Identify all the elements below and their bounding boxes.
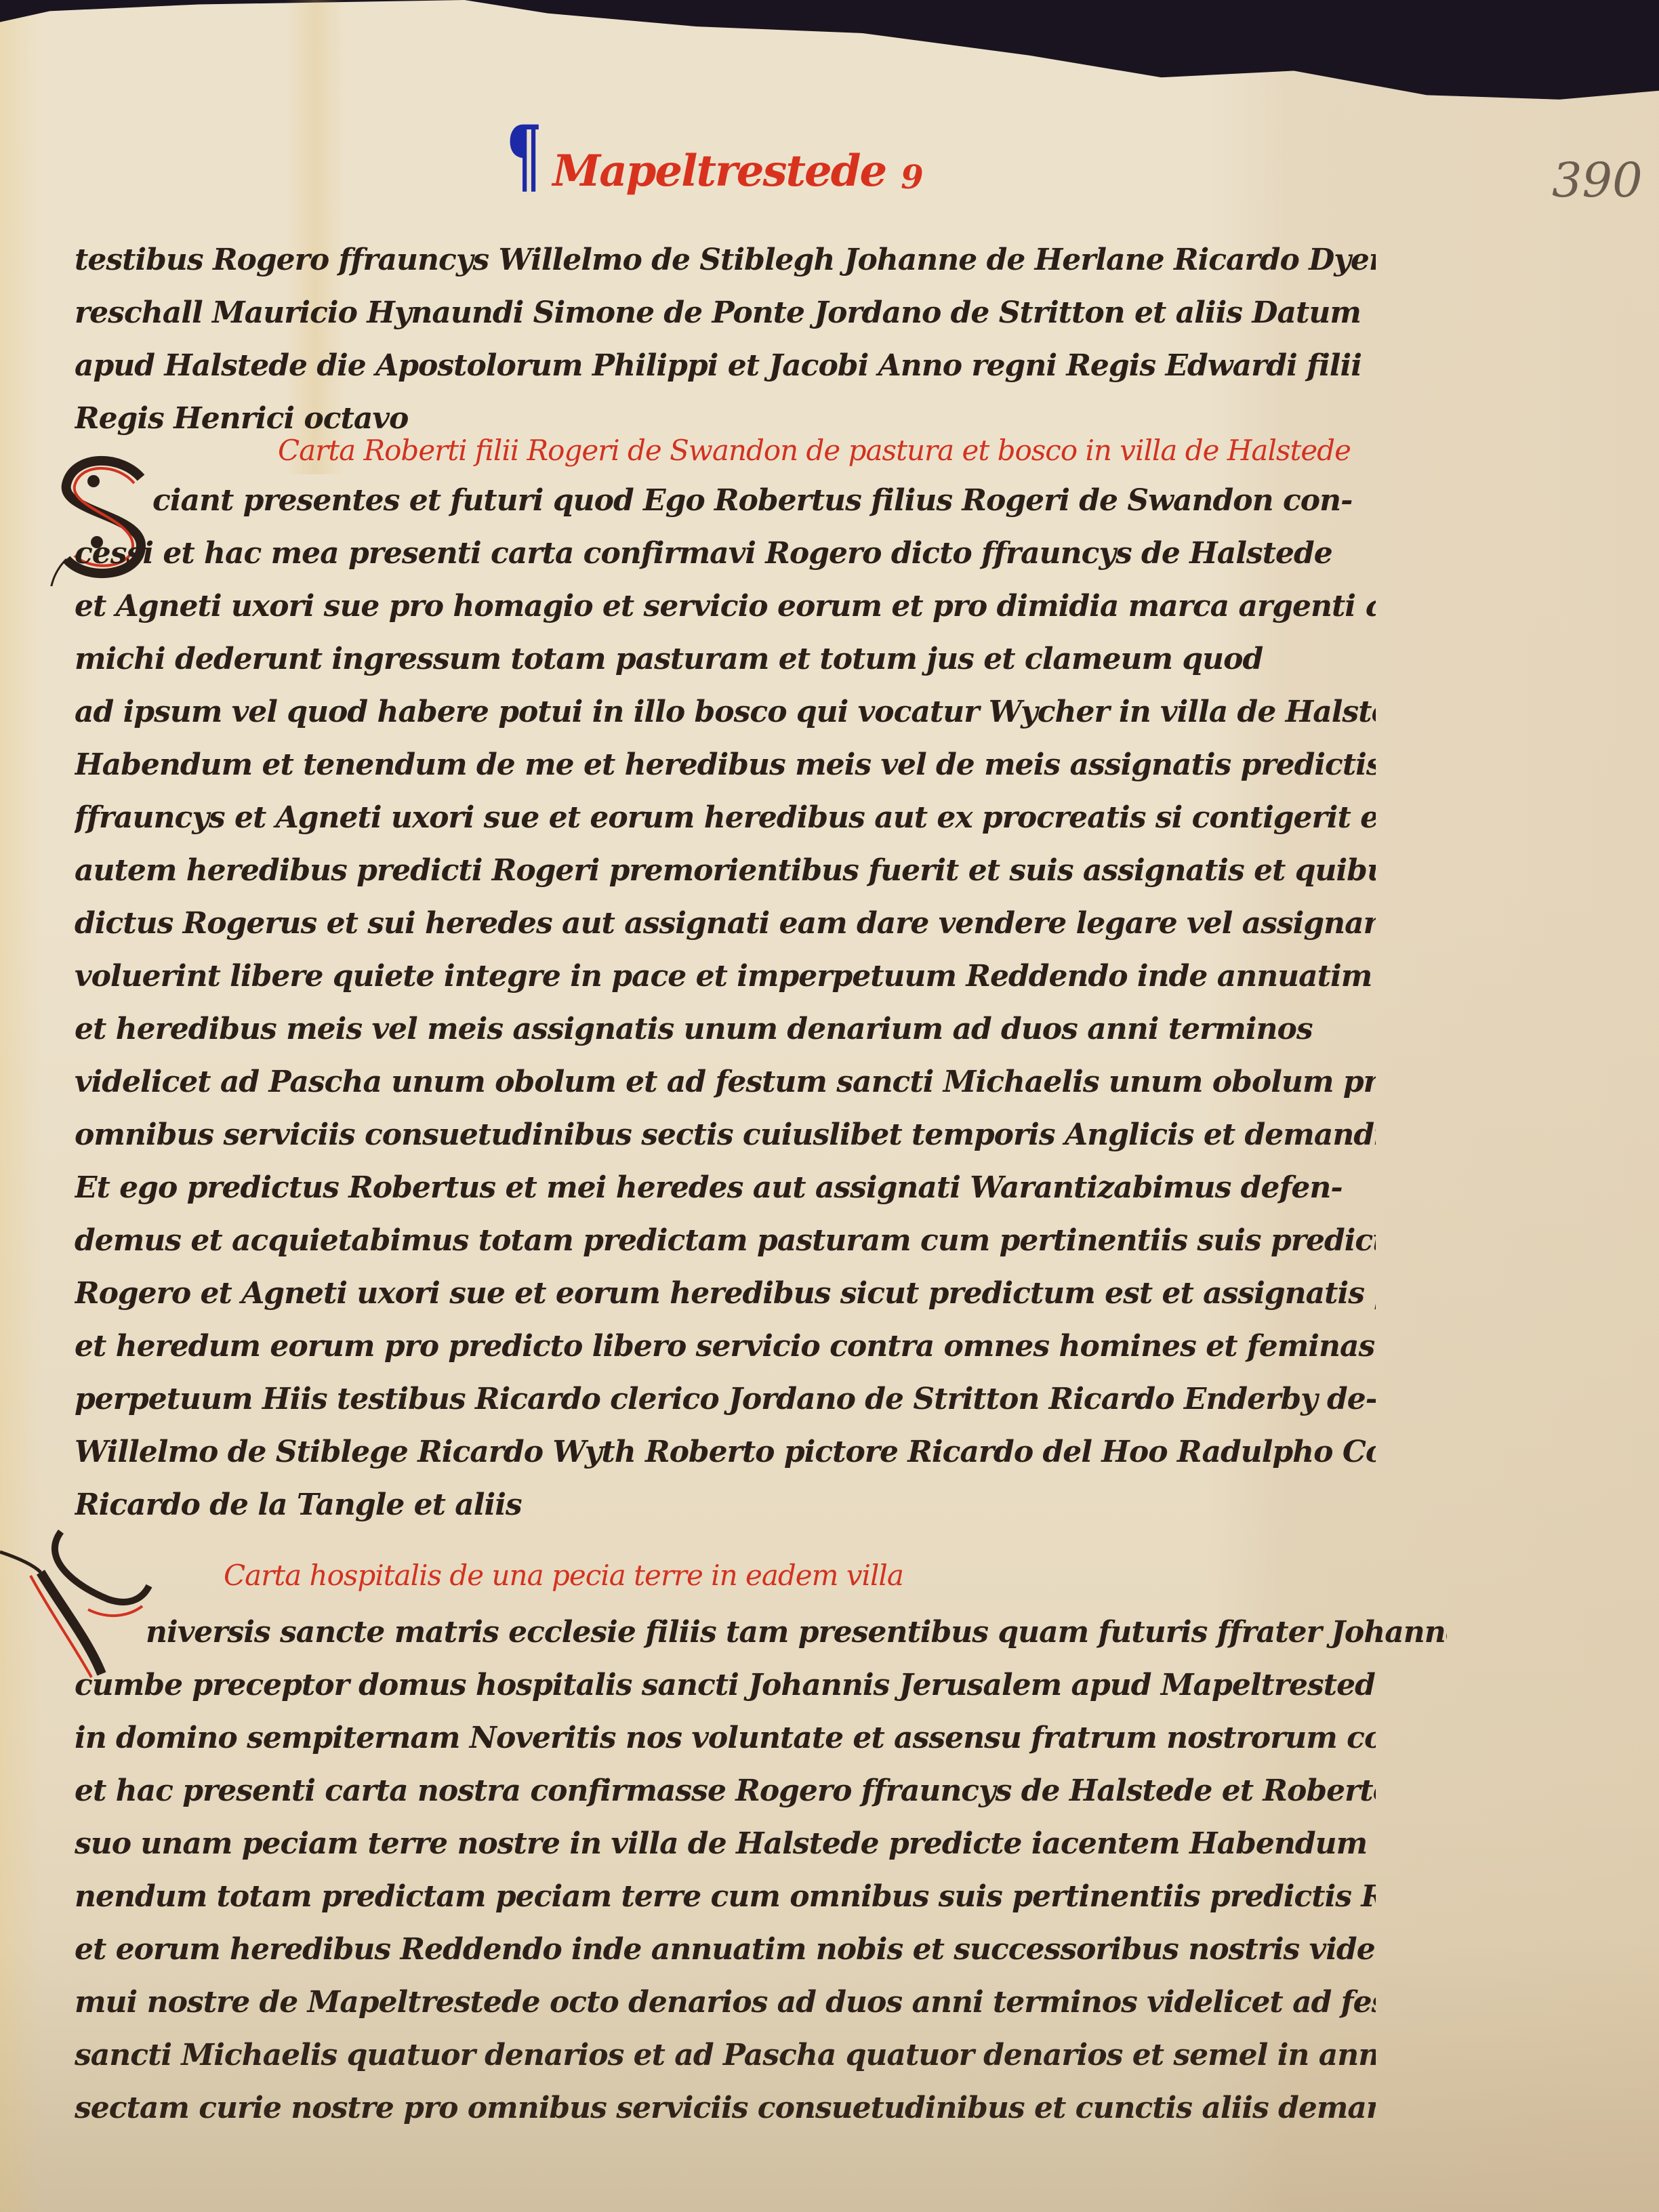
manuscript-line: niversis sancte matris ecclesie filiis t…: [146, 1606, 1447, 1659]
manuscript-line: sancti Michaelis quatuor denarios et ad …: [75, 2029, 1376, 2082]
folio-number: 390: [1552, 152, 1643, 208]
manuscript-line: et heredibus meis vel meis assignatis un…: [75, 1003, 1376, 1056]
manuscript-line: cessi et hac mea presenti carta confirma…: [75, 527, 1454, 580]
manuscript-line: videlicet ad Pascha unum obolum et ad fe…: [75, 1056, 1376, 1109]
manuscript-line: ffrauncys et Agneti uxori sue et eorum h…: [75, 792, 1376, 844]
text-block-charter-2: niversis sancte matris ecclesie filiis t…: [146, 1606, 1447, 1659]
manuscript-line: Ricardo de la Tangle et aliis: [75, 1479, 1376, 1532]
manuscript-line: michi dederunt ingressum totam pasturam …: [75, 633, 1376, 686]
rubric-heading: Carta hospitalis de una pecia terre in e…: [224, 1559, 903, 1592]
text-block-charter-1: ciant presentes et futuri quod Ego Rober…: [152, 474, 1454, 580]
manuscript-line: testibus Rogero ffrauncys Willelmo de St…: [75, 234, 1376, 287]
manuscript-line: et eorum heredibus Reddendo inde annuati…: [75, 1923, 1376, 1976]
manuscript-line: et heredum eorum pro predicto libero ser…: [75, 1320, 1376, 1373]
manuscript-line: nendum totam predictam peciam terre cum …: [75, 1870, 1376, 1923]
manuscript-line: apud Halstede die Apostolorum Philippi e…: [75, 340, 1376, 392]
manuscript-line: voluerint libere quiete integre in pace …: [75, 950, 1376, 1003]
page-header: ¶ Mapeltrestede 9: [498, 115, 922, 197]
manuscript-line: sectam curie nostre pro omnibus servicii…: [75, 2082, 1376, 2135]
text-block-charter-1-cont: et Agneti uxori sue pro homagio et servi…: [75, 580, 1376, 1532]
manuscript-line: et Agneti uxori sue pro homagio et servi…: [75, 580, 1376, 633]
manuscript-line: reschall Mauricio Hynaundi Simone de Pon…: [75, 287, 1376, 340]
manuscript-line: Et ego predictus Robertus et mei heredes…: [75, 1162, 1376, 1214]
rubric-heading: Carta Roberti filii Rogeri de Swandon de…: [278, 434, 1351, 467]
paraph-mark-icon: ¶: [506, 115, 541, 197]
manuscript-line: autem heredibus predicti Rogeri premorie…: [75, 844, 1376, 897]
manuscript-line: ad ipsum vel quod habere potui in illo b…: [75, 686, 1376, 739]
manuscript-line: perpetuum Hiis testibus Ricardo clerico …: [75, 1373, 1376, 1426]
manuscript-line: et hac presenti carta nostra confirmasse…: [75, 1765, 1376, 1818]
page-heading-suffix: 9: [901, 159, 922, 197]
manuscript-line: dictus Rogerus et sui heredes aut assign…: [75, 897, 1376, 950]
manuscript-line: Habendum et tenendum de me et heredibus …: [75, 739, 1376, 792]
manuscript-line: cumbe preceptor domus hospitalis sancti …: [75, 1659, 1376, 1712]
manuscript-line: ciant presentes et futuri quod Ego Rober…: [152, 474, 1454, 527]
manuscript-line: Rogero et Agneti uxori sue et eorum here…: [75, 1267, 1376, 1320]
manuscript-line: suo unam peciam terre nostre in villa de…: [75, 1818, 1376, 1870]
manuscript-line: omnibus serviciis consuetudinibus sectis…: [75, 1109, 1376, 1162]
text-block-charter-2-cont: cumbe preceptor domus hospitalis sancti …: [75, 1659, 1376, 2135]
page-heading: Mapeltrestede: [552, 146, 886, 197]
manuscript-line: Willelmo de Stiblege Ricardo Wyth Robert…: [75, 1426, 1376, 1479]
manuscript-line: mui nostre de Mapeltrestede octo denario…: [75, 1976, 1376, 2029]
manuscript-line: demus et acquietabimus totam predictam p…: [75, 1214, 1376, 1267]
text-block-witness-clause: testibus Rogero ffrauncys Willelmo de St…: [75, 234, 1376, 445]
manuscript-line: in domino sempiternam Noveritis nos volu…: [75, 1712, 1376, 1765]
decorated-initial-u-icon: [0, 1504, 156, 1681]
